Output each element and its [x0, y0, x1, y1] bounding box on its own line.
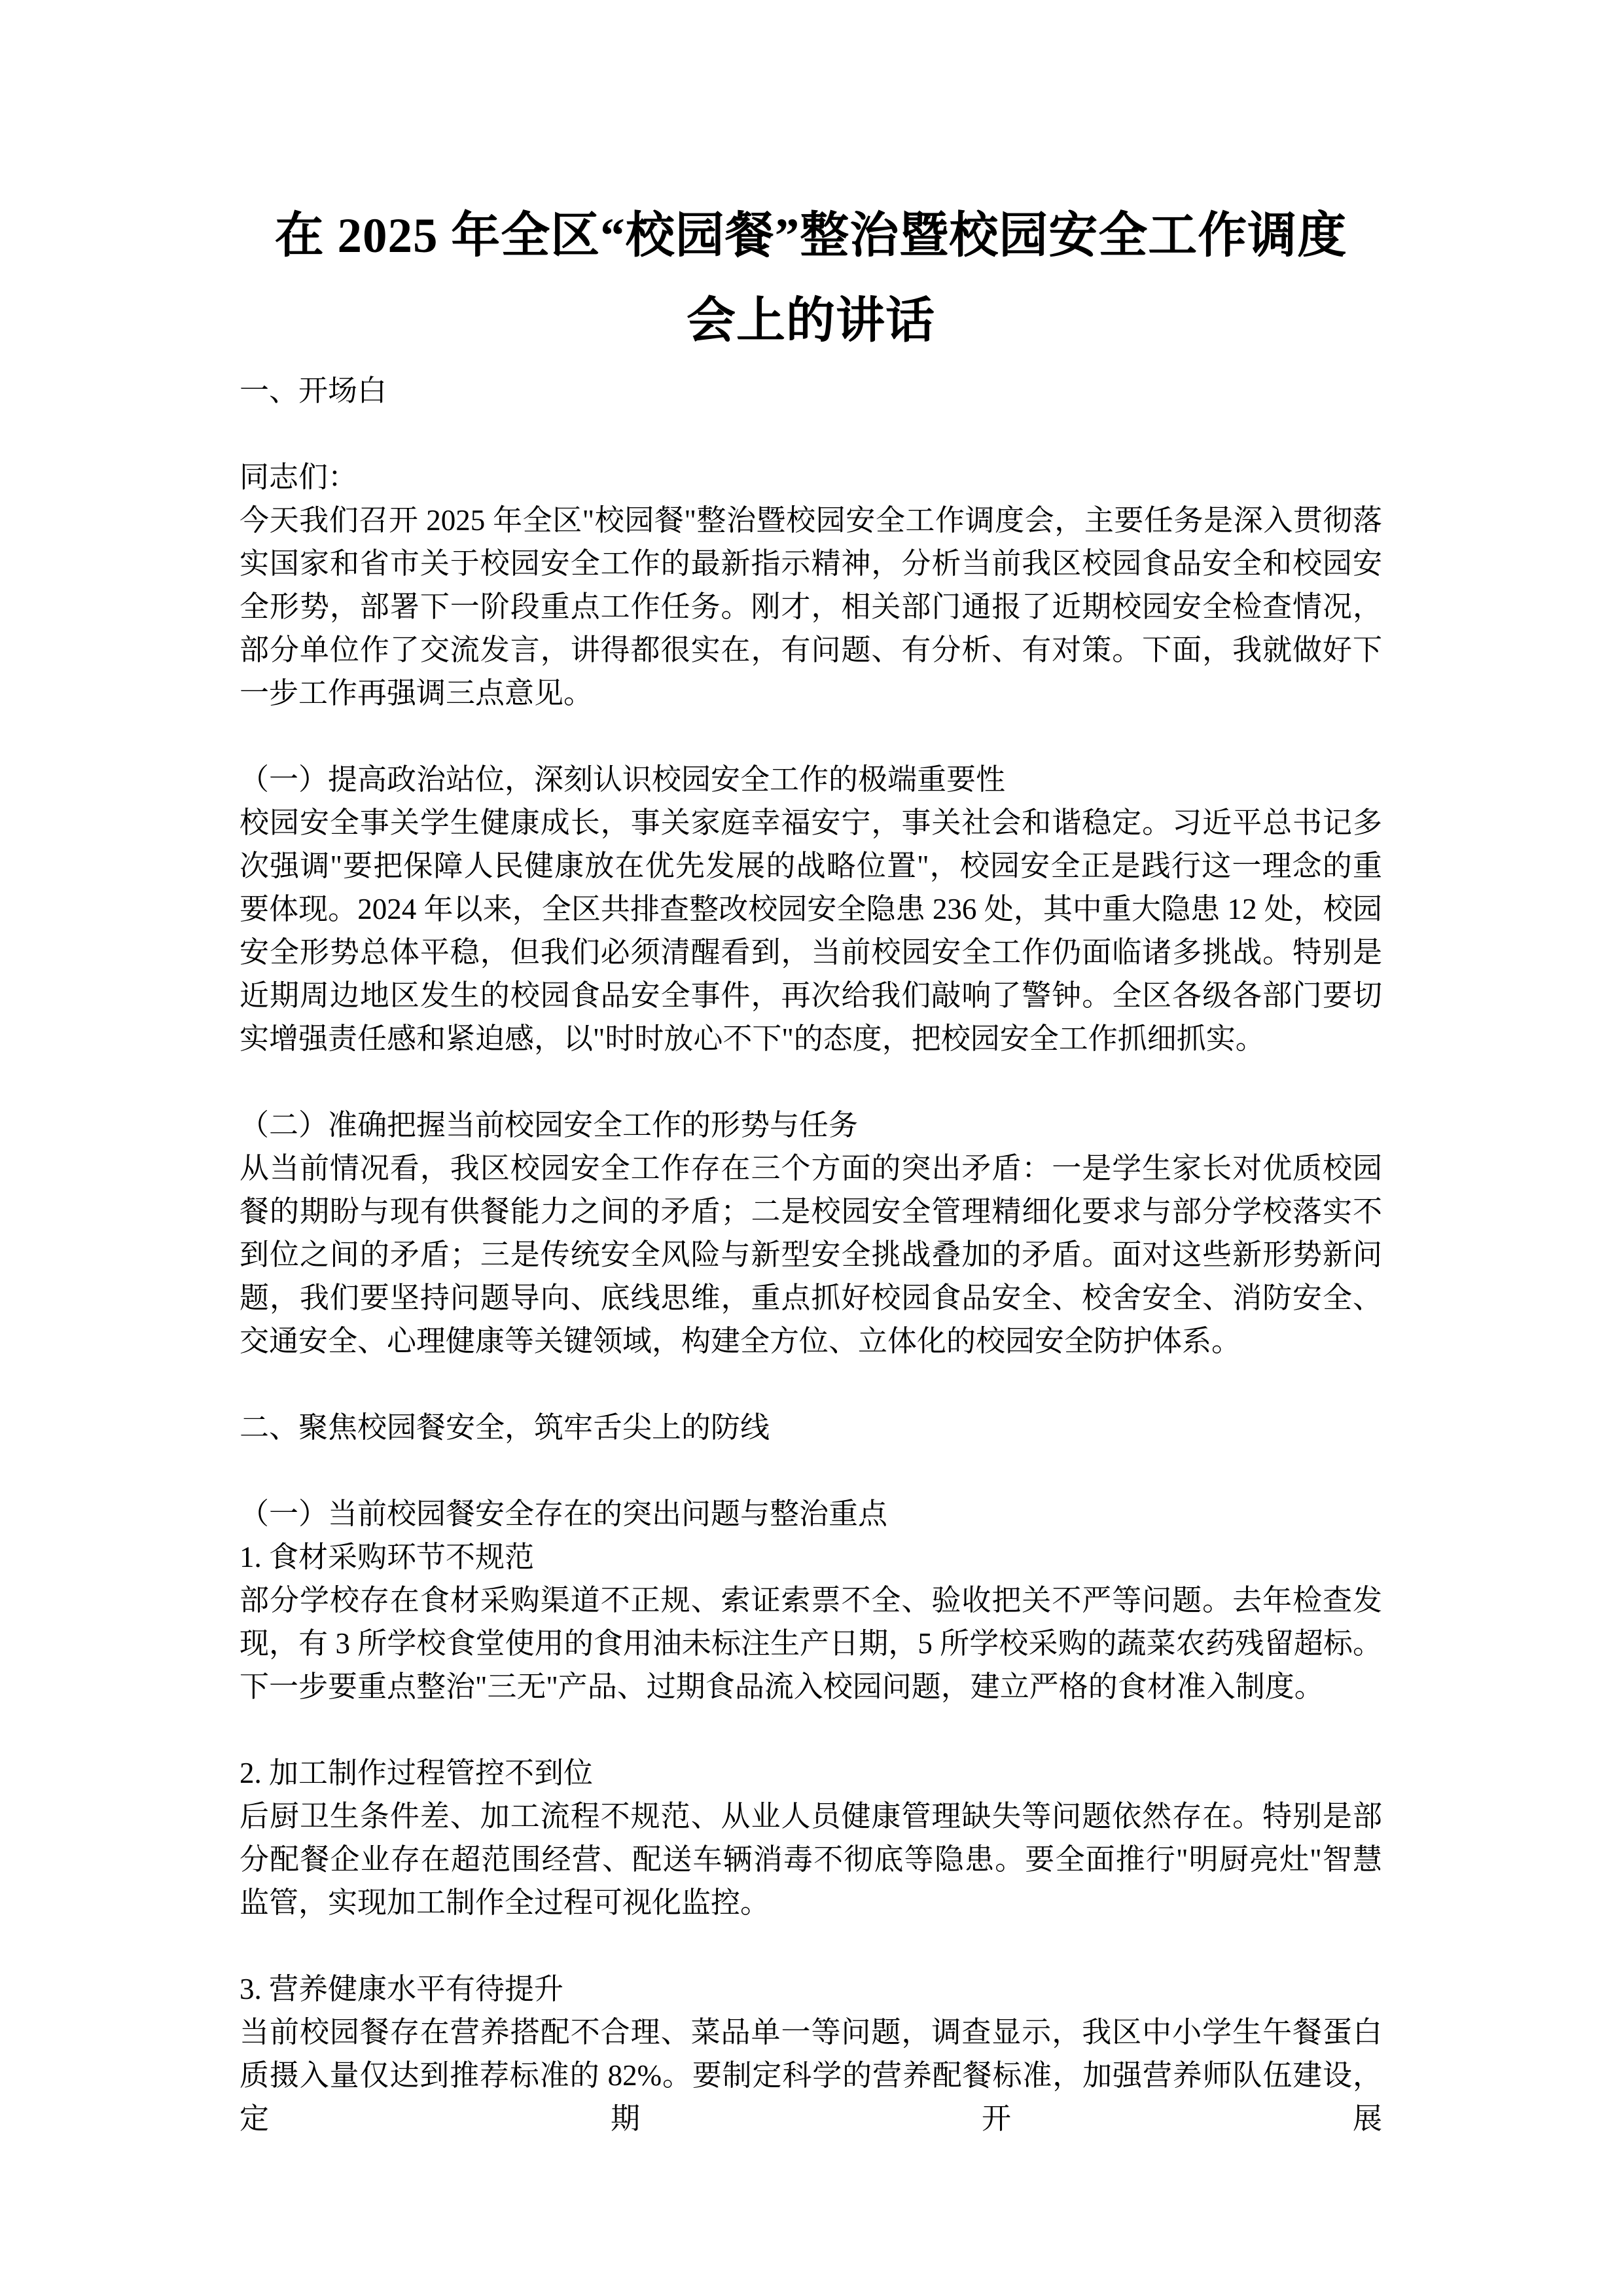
paragraph: 今天我们召开 2025 年全区"校园餐"整治暨校园安全工作调度会，主要任务是深入…: [240, 499, 1382, 715]
paragraph: 从当前情况看，我区校园安全工作存在三个方面的突出矛盾：一是学生家长对优质校园餐的…: [240, 1147, 1382, 1363]
paragraph: 当前校园餐存在营养搭配不合理、菜品单一等问题，调查显示，我区中小学生午餐蛋白质摄…: [240, 2011, 1382, 2140]
document-title: 在 2025 年全区“校园餐”整治暨校园安全工作调度 会上的讲话: [240, 194, 1382, 364]
paragraph: 校园安全事关学生健康成长，事关家庭幸福安宁，事关社会和谐稳定。习近平总书记多次强…: [240, 801, 1382, 1060]
section-heading: 一、开场白: [240, 369, 1382, 412]
document-body: 一、开场白同志们：今天我们召开 2025 年全区"校园餐"整治暨校园安全工作调度…: [240, 369, 1382, 2140]
document-title-line-1: 在 2025 年全区“校园餐”整治暨校园安全工作调度: [240, 194, 1382, 279]
section-heading: （二）准确把握当前校园安全工作的形势与任务: [240, 1103, 1382, 1147]
section-heading: 二、聚焦校园餐安全，筑牢舌尖上的防线: [240, 1406, 1382, 1449]
section-heading: 2. 加工制作过程管控不到位: [240, 1751, 1382, 1795]
paragraph: 部分学校存在食材采购渠道不正规、索证索票不全、验收把关不严等问题。去年检查发现，…: [240, 1579, 1382, 1708]
paragraph: 同志们：: [240, 456, 1382, 499]
section-heading: （一）提高政治站位，深刻认识校园安全工作的极端重要性: [240, 758, 1382, 801]
section-heading: 3. 营养健康水平有待提升: [240, 1967, 1382, 2011]
document-title-line-2: 会上的讲话: [240, 279, 1382, 364]
section-heading: （一）当前校园餐安全存在的突出问题与整治重点: [240, 1492, 1382, 1535]
paragraph: 后厨卫生条件差、加工流程不规范、从业人员健康管理缺失等问题依然存在。特别是部分配…: [240, 1795, 1382, 1924]
document-page: 在 2025 年全区“校园餐”整治暨校园安全工作调度 会上的讲话 一、开场白同志…: [0, 0, 1623, 2296]
section-heading: 1. 食材采购环节不规范: [240, 1535, 1382, 1579]
